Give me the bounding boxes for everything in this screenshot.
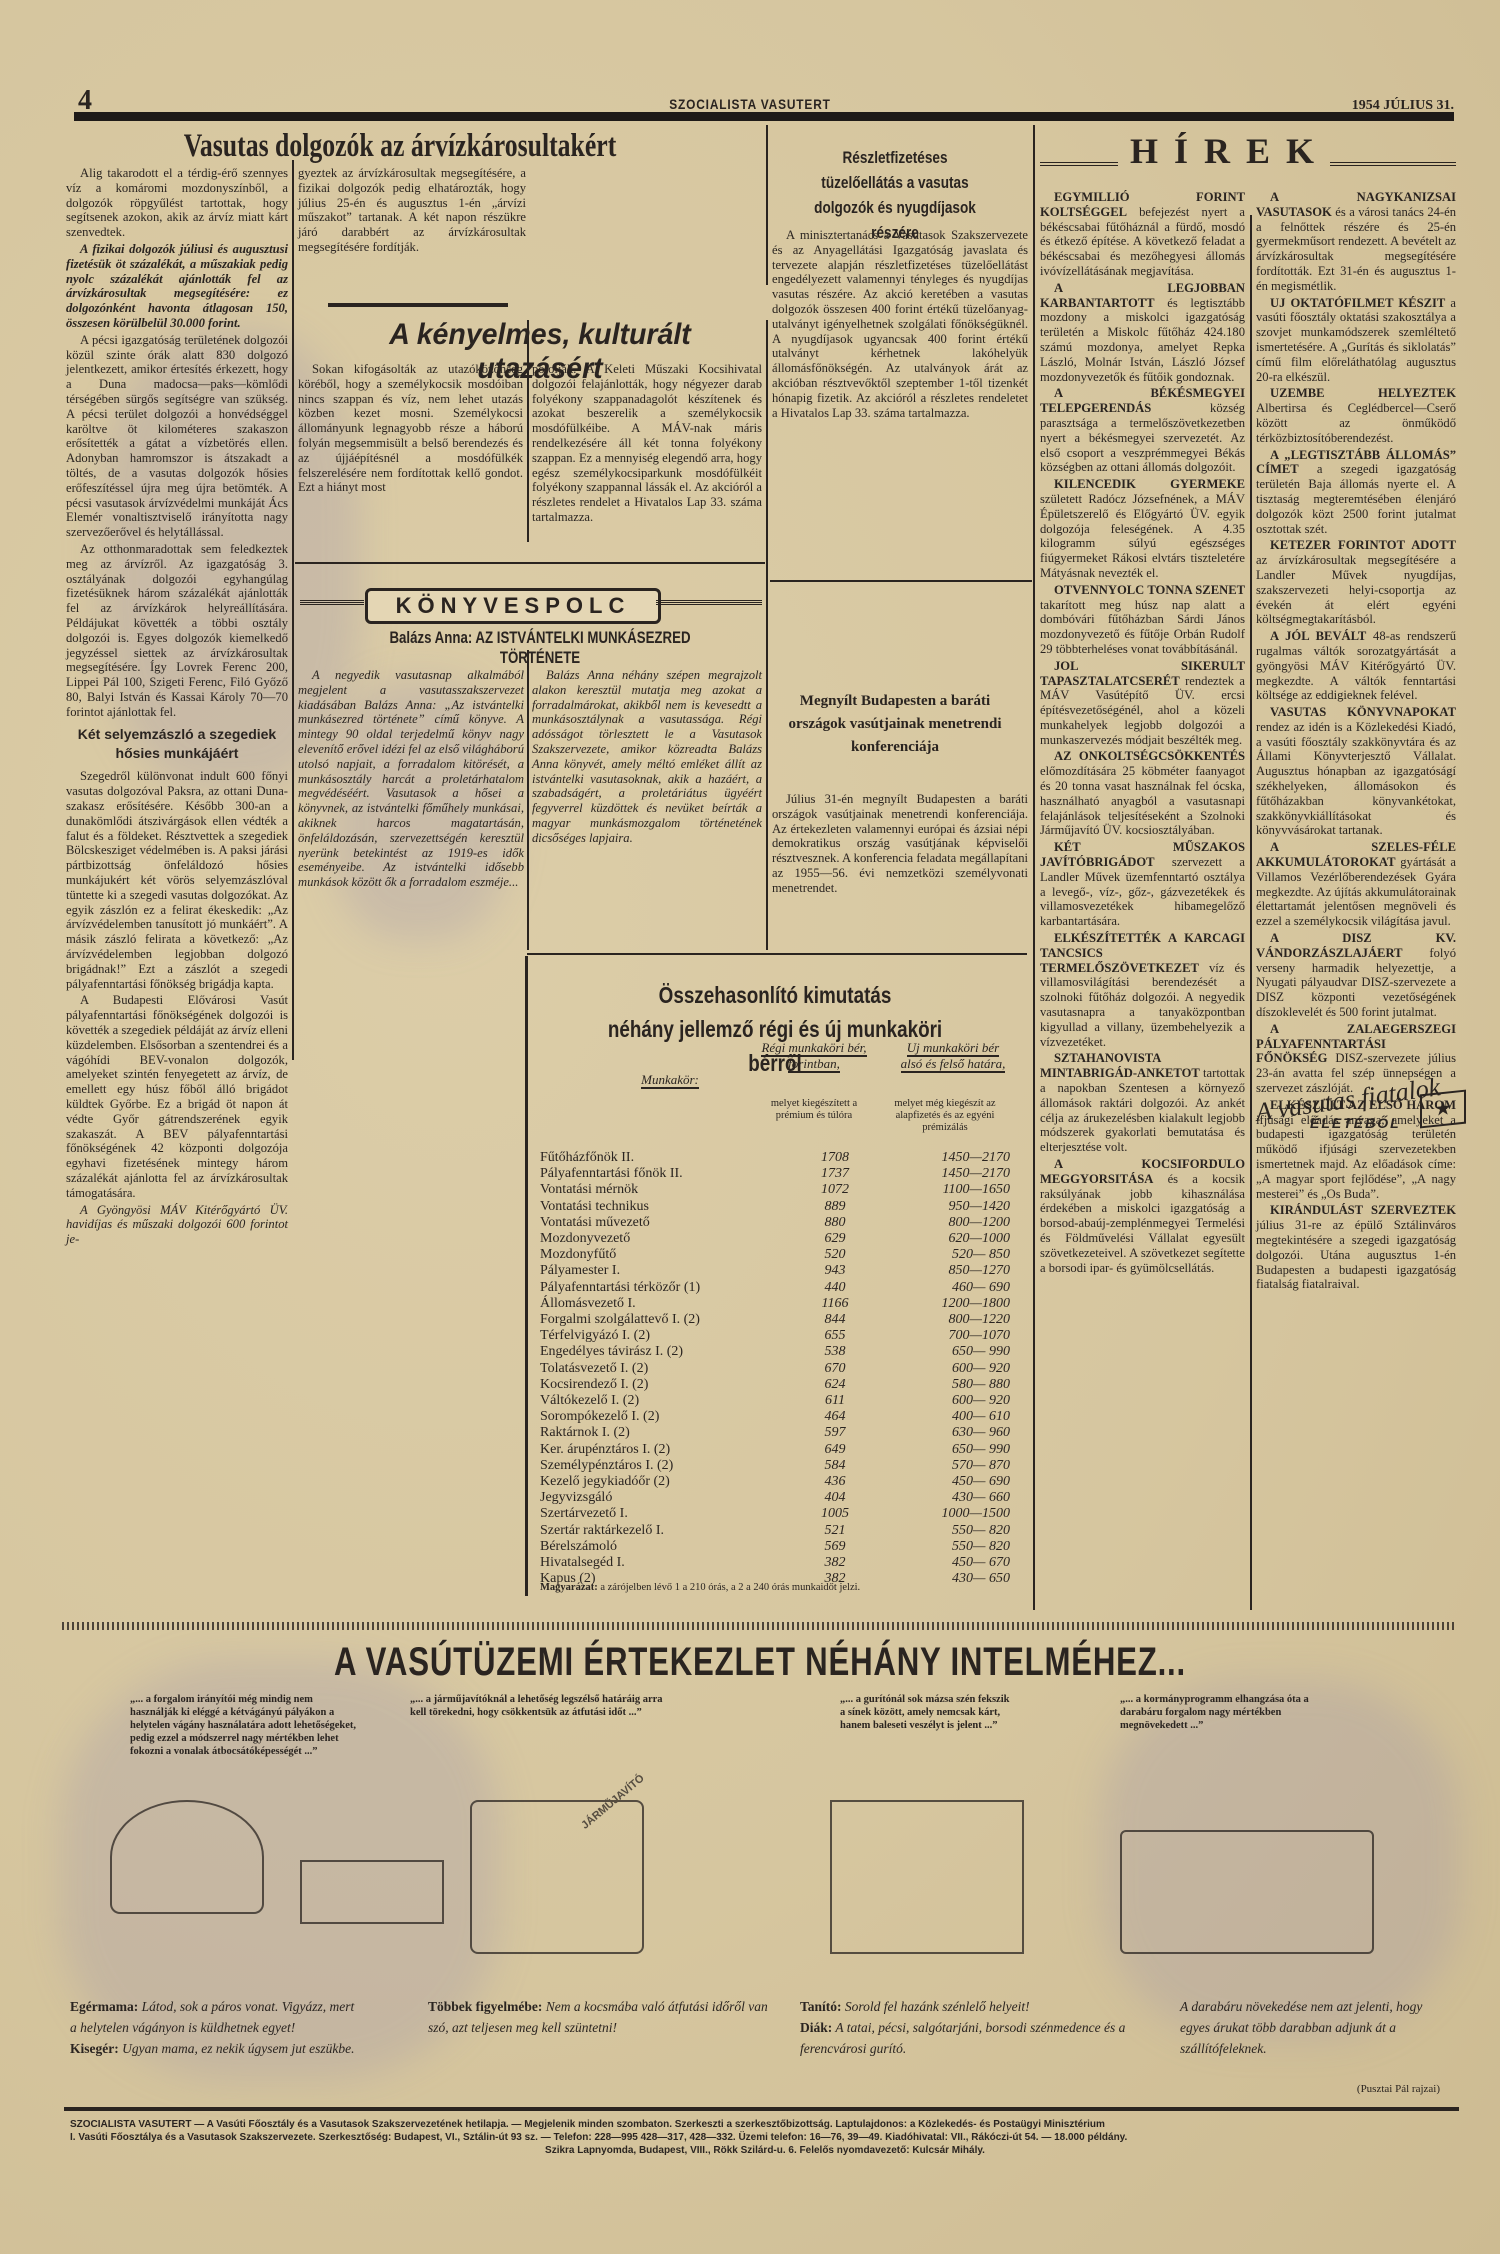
paragraph: A fizikai dolgozók júliusi és augusztusi… [66,242,288,331]
cell-job: Fűtőházfőnök II. [540,1150,634,1166]
section-rule [295,562,765,564]
paragraph: Július 31-én megnyílt Budapesten a barát… [772,792,1028,896]
cell-job: Jegyvizsgáló [540,1490,612,1506]
cell-new: 460— 690 [900,1280,1010,1296]
cartoon-caption-4: A darabáru növekedése nem azt jelenti, h… [1180,1996,1455,2059]
news-item-lead: SZTAHANOVISTA MINTABRIGÁD-ANKETOT [1040,1051,1200,1080]
cell-new: 1200—1800 [900,1296,1010,1312]
cell-old: 584 [790,1458,880,1474]
cell-job: Szertár raktárkezelő I. [540,1523,664,1539]
imprint-line: Szikra Lapnyomda, Budapest, VIII., Rökk … [70,2144,1460,2157]
cell-new: 800—1220 [900,1312,1010,1328]
news-item: A BÉKÉSMEGYEI TELEPGERENDÁS község paras… [1040,386,1245,475]
cell-new: 1100—1650 [900,1182,1010,1198]
cell-old: 655 [790,1328,880,1344]
news-item: A SZELES-FÉLE AKKUMULÁTOROKAT gyártását … [1256,840,1456,929]
paragraph: pótolják. A Keleti Műszaki Kocsihivatal … [532,362,762,525]
note-label: Magyarázat: [540,1582,598,1593]
soap-article-right: pótolják. A Keleti Műszaki Kocsihivatal … [532,362,762,527]
masthead-rule [74,112,1454,121]
cell-old: 520 [790,1247,880,1263]
headline-rule [328,303,508,307]
cell-old: 1166 [790,1296,880,1312]
paragraph: Alig takarodott el a térdig-érő szennyes… [66,166,288,240]
cell-old: 943 [790,1263,880,1279]
cell-new: 700—1070 [900,1328,1010,1344]
cartoon-quote-4: „... a kormányprogramm elhangzása óta a … [1120,1693,1340,1732]
hirek-decoration [1040,162,1118,166]
cell-new: 1000—1500 [900,1506,1010,1522]
cell-job: Engedélyes távirász I. (2) [540,1344,683,1360]
cell-new: 1450—2170 [900,1150,1010,1166]
cartoon-classroom-drawing [830,1800,1024,1954]
table-row: Pályafenntartási térközőr (1)440460— 690 [540,1280,1010,1296]
news-item-text: takarított meg húsz nap alatt a dombóvár… [1040,598,1245,656]
paragraph: Balázs Anna néhány szépen megrajzolt ala… [532,668,762,846]
cell-job: Kocsirendező I. (2) [540,1377,648,1393]
cell-job: Pályamester I. [540,1263,620,1279]
cartoon-freight-drawing [1120,1830,1374,1954]
flood-article-col2: gyeztek az árvízkárosultak megsegítésére… [298,166,526,257]
cell-old: 889 [790,1199,880,1215]
cell-job: Vontatási művezető [540,1215,650,1231]
cell-old: 1005 [790,1506,880,1522]
cell-new: 400— 610 [900,1409,1010,1425]
col-header-job: Munkakör: [600,1072,740,1088]
table-row: Fűtőházfőnök II.17081450—2170 [540,1150,1010,1166]
cell-job: Személypénztáros I. (2) [540,1458,673,1474]
news-item: UZEMBE HELYEZTEK Albertirsa és Ceglédber… [1256,386,1456,445]
column-divider [766,125,768,285]
table-row: Hivatalsegéd I.382450— 670 [540,1555,1010,1571]
cell-old: 464 [790,1409,880,1425]
news-item-lead: OTVENNYOLC TONNA SZENET [1054,583,1245,597]
news-item-lead: KILENCEDIK GYERMEKE [1054,477,1245,491]
cartoon-caption-3: Tanító: Sorold fel hazánk szénlelő helye… [800,1996,1160,2059]
news-item-text: július 31-re az épülő Sztálinváros megte… [1256,1218,1456,1291]
flood-subhead: Két selyemzászló a szegediek hősies munk… [66,725,288,763]
news-item: UJ OKTATÓFILMET KÉSZIT a vasúti főosztál… [1256,296,1456,385]
news-item-lead: AZ ONKOLTSÉGCSÖKKENTÉS [1054,749,1245,763]
cell-old: 611 [790,1393,880,1409]
speaker: Diák: [800,2020,832,2035]
cell-old: 440 [790,1280,880,1296]
cell-new: 650— 990 [900,1442,1010,1458]
book-review-left: A negyedik vasutasnap alkalmából megjele… [298,668,524,892]
cell-job: Vontatási technikus [540,1199,649,1215]
cell-job: Mozdonyvezető [540,1231,630,1247]
imprint: SZOCIALISTA VASUTERT — A Vasúti Főosztál… [70,2118,1460,2157]
cell-new: 580— 880 [900,1377,1010,1393]
table-row: Szertárvezető I.10051000—1500 [540,1506,1010,1522]
news-item: A DISZ KV. VÁNDORZÁSZLAJÁERT folyó verse… [1256,931,1456,1020]
cartoon-caption-1: Egérmama: Látod, sok a páros vonat. Vigy… [70,1996,360,2059]
section-rule [770,580,1032,582]
cell-job: Térfelvigyázó I. (2) [540,1328,650,1344]
table-row: Forgalmi szolgálattevő I. (2)844800—1220 [540,1312,1010,1328]
cell-new: 850—1270 [900,1263,1010,1279]
cell-new: 650— 990 [900,1344,1010,1360]
wage-table-note: Magyarázat: a zárójelben lévő 1 a 210 ór… [540,1582,1010,1594]
column-divider [527,650,529,950]
cartoon-mice-drawing [110,1800,264,1914]
cell-old: 1072 [790,1182,880,1198]
col-header-new-text: Uj munkaköri bér alsó és felső határa, [901,1040,1006,1073]
table-row: Raktárnok I. (2)597630— 960 [540,1425,1010,1441]
paragraph: Sokan kifogásolták az utazóközönség köré… [298,362,523,495]
cell-new: 620—1000 [900,1231,1010,1247]
cell-old: 1737 [790,1166,880,1182]
news-item-lead: KETEZER FORINTOT ADOTT [1270,538,1456,552]
imprint-line: I. Vasúti Főosztálya és a Vasutasok Szak… [70,2131,1460,2144]
news-item-text: Albertirsa és Ceglédbercel—Cserő között … [1256,401,1456,445]
speaker: Tanító: [800,1999,842,2014]
table-row: Bérelszámoló569550— 820 [540,1539,1010,1555]
cell-old: 404 [790,1490,880,1506]
table-row: Jegyvizsgáló404430— 660 [540,1490,1010,1506]
cell-new: 450— 690 [900,1474,1010,1490]
wage-table-title-line1: Összehasonlító kimutatás [582,978,967,1012]
cell-old: 569 [790,1539,880,1555]
news-item: A KOCSIFORDULO MEGGYORSITÁSA és a kocsik… [1040,1157,1245,1275]
news-item: A NAGYKANIZSAI VASUTASOK és a városi tan… [1256,190,1456,294]
table-row: Kocsirendező I. (2)624580— 880 [540,1377,1010,1393]
news-item: AZ ONKOLTSÉGCSÖKKENTÉS előmozdítására 25… [1040,749,1245,838]
caption-text: Ugyan mama, ez nekik úgysem jut eszükbe. [122,2041,354,2056]
news-item-lead: A JÓL BEVÁLT [1270,629,1366,643]
book-review-headline: Balázs Anna: AZ ISTVÁNTELKI MUNKÁSEZRED … [368,628,711,668]
column-divider [1033,125,1035,1610]
cell-new: 430— 660 [900,1490,1010,1506]
cell-job: Bérelszámoló [540,1539,617,1555]
cell-job: Pályafenntartási térközőr (1) [540,1280,700,1296]
conference-body: Július 31-én megnyílt Budapesten a barát… [772,792,1028,898]
news-item: EGYMILLIÓ FORINT KOLTSÉGGEL befejezést n… [1040,190,1245,279]
cartoon-workshop-drawing: JÁRMŰJAVÍTÓ [470,1800,644,1954]
cell-new: 600— 920 [900,1361,1010,1377]
table-row: Személypénztáros I. (2)584570— 870 [540,1458,1010,1474]
speaker: Egérmama: [70,1999,138,2014]
news-item: ELKÉSZÍTETTÉK A KARCAGI TANCSICS TERMELŐ… [1040,931,1245,1049]
table-row: Pályamester I.943850—1270 [540,1263,1010,1279]
table-row: Ker. árupénztáros I. (2)649650— 990 [540,1442,1010,1458]
cell-new: 550— 820 [900,1523,1010,1539]
cell-old: 880 [790,1215,880,1231]
workshop-sign: JÁRMŰJAVÍTÓ [579,1772,646,1831]
conference-headline: Megnyílt Budapesten a baráti országok va… [775,690,1015,759]
paragraph: A Budapesti Elővárosi Vasút pályafenntar… [66,993,288,1200]
table-row: Mozdonyfűtő520520— 850 [540,1247,1010,1263]
cell-old: 521 [790,1523,880,1539]
news-item: VASUTAS KÖNYVNAPOKAT rendez az idén is a… [1256,705,1456,838]
note-text: a zárójelben lévő 1 a 210 órás, a 2 a 24… [600,1582,860,1593]
table-row: Engedélyes távirász I. (2)538650— 990 [540,1344,1010,1360]
news-item: KILENCEDIK GYERMEKE született Radócz Józ… [1040,477,1245,581]
col-header-job-text: Munkakör: [641,1072,699,1089]
table-row: Kezelő jegykiadóőr (2)436450— 690 [540,1474,1010,1490]
table-row: Vontatási mérnök10721100—1650 [540,1182,1010,1198]
caption-text: A tatai, pécsi, salgótarjáni, borsodi sz… [800,2020,1125,2056]
news-item: A LEGJOBBAN KARBANTARTOTT és legtisztább… [1040,281,1245,385]
paragraph: A negyedik vasutasnap alkalmából megjele… [298,668,524,890]
news-item: KETEZER FORINTOT ADOTT az árvízkárosulta… [1256,538,1456,627]
table-row: Szertár raktárkezelő I.521550— 820 [540,1523,1010,1539]
shelf-decoration [656,600,762,606]
caption-text: Sorold fel hazánk szénlelő helyeit! [845,1999,1030,2014]
paragraph: A minisztertanács a Vasutasok Szakszerve… [772,228,1028,420]
caption-text: A darabáru növekedése nem azt jelenti, h… [1180,1999,1422,2056]
news-item: OTVENNYOLC TONNA SZENET takarított meg h… [1040,583,1245,657]
col-header-new: Uj munkaköri bér alsó és felső határa, [898,1040,1008,1072]
paper-title: SZOCIALISTA VASUTERT [113,96,1388,112]
news-item-lead: UJ OKTATÓFILMET KÉSZIT [1270,296,1445,310]
news-item-lead: VASUTAS KÖNYVNAPOKAT [1270,705,1456,719]
star-flag-icon: ★ [1420,1090,1466,1129]
hirek-decoration [1330,162,1456,166]
cell-job: Állomásvezető I. [540,1296,636,1312]
column-divider [292,160,294,1060]
news-item-text: született Radócz Józsefnének, a MÁV Épül… [1040,492,1245,580]
youth-logo-caption: ÉLETÉBŐL [1310,1115,1401,1131]
paragraph: A pécsi igazgatóság területének dolgozói… [66,333,288,540]
cell-job: Mozdonyfűtő [540,1247,616,1263]
zigzag-border [62,1622,1457,1630]
cartoon-caption-2: Többek figyelmébe: Nem a kocsmába való á… [428,1996,768,2038]
cell-old: 629 [790,1231,880,1247]
column-divider [1250,215,1252,1610]
cell-job: Ker. árupénztáros I. (2) [540,1442,670,1458]
news-item: SZTAHANOVISTA MINTABRIGÁD-ANKETOT tartot… [1040,1051,1245,1155]
cell-new: 550— 820 [900,1539,1010,1555]
cell-job: Vontatási mérnök [540,1182,638,1198]
column-divider [766,320,768,950]
cell-job: Forgalmi szolgálattevő I. (2) [540,1312,700,1328]
news-item-lead: A DISZ KV. VÁNDORZÁSZLAJÁERT [1256,931,1456,960]
cell-new: 600— 920 [900,1393,1010,1409]
news-item: KIRÁNDULÁST SZERVEZTEK július 31-re az é… [1256,1203,1456,1292]
cell-job: Váltókezelő I. (2) [540,1393,639,1409]
news-item-text: és a kocsik raksúlyának jobb kihasználás… [1040,1172,1245,1275]
table-row: Állomásvezető I.11661200—1800 [540,1296,1010,1312]
col-note-new: melyet még kiegészít az alapfizetés és a… [880,1098,1010,1134]
news-item-text: rendez az idén is a Közlekedési Kiadó, a… [1256,720,1456,838]
cell-old: 436 [790,1474,880,1490]
speaker: Kisegér: [70,2041,119,2056]
cell-old: 538 [790,1344,880,1360]
cell-new: 450— 670 [900,1555,1010,1571]
paragraph: Szegedről különvonat indult 600 főnyi va… [66,769,288,991]
cell-new: 1450—2170 [900,1166,1010,1182]
col-header-old: Régi munkaköri bér, forintban, [758,1040,870,1072]
table-row: Vontatási technikus889950—1420 [540,1199,1010,1215]
flood-article-headline: Vasutas dolgozók az árvízkárosultakért [158,128,642,165]
table-row: Mozdonyvezető629620—1000 [540,1231,1010,1247]
paragraph: Az otthonmaradottak sem feledkeztek meg … [66,542,288,720]
cell-job: Sorompókezelő I. (2) [540,1409,659,1425]
cell-old: 670 [790,1361,880,1377]
table-row: Pályafenntartási főnök II.17371450—2170 [540,1166,1010,1182]
cell-job: Tolatásvezető I. (2) [540,1361,648,1377]
table-row: Váltókezelő I. (2)611600— 920 [540,1393,1010,1409]
news-item: JOL SIKERULT TAPASZTALATCSERÉT rendeztek… [1040,659,1245,748]
footer-rule [64,2107,1459,2111]
section-rule [527,953,1027,955]
news-item-text: az árvízkárosultak megsegítésére a Landl… [1256,553,1456,626]
cell-old: 597 [790,1425,880,1441]
imprint-line: SZOCIALISTA VASUTERT — A Vasúti Főosztál… [70,2118,1460,2131]
speaker: Többek figyelmébe: [428,1999,542,2014]
news-item: A „LEGTISZTÁBB ÁLLOMÁS” CÍMET a szegedi … [1256,448,1456,537]
paragraph: gyeztek az árvízkárosultak megsegítésére… [298,166,526,255]
col-note-old: melyet kiegészített a prémium és túlóra [758,1098,870,1122]
cell-job: Hivatalsegéd I. [540,1555,625,1571]
cell-new: 570— 870 [900,1458,1010,1474]
book-review-right: Balázs Anna néhány szépen megrajzolt ala… [532,668,762,848]
cell-new: 800—1200 [900,1215,1010,1231]
cell-old: 1708 [790,1150,880,1166]
cartoon-credit: (Pusztai Pál rajzai) [1357,2083,1440,2095]
cell-job: Kezelő jegykiadóőr (2) [540,1474,670,1490]
cell-new: 630— 960 [900,1425,1010,1441]
cell-new: 520— 850 [900,1247,1010,1263]
news-item-lead: UZEMBE HELYEZTEK [1270,386,1456,400]
news-item-text: előmozdítására 25 köbméter faanyagot és … [1040,764,1245,837]
table-row: Tolatásvezető I. (2)670600— 920 [540,1361,1010,1377]
news-item: A JÓL BEVÁLT 48-as rendszerű rugalmas vá… [1256,629,1456,703]
soap-article-left: Sokan kifogásolták az utazóközönség köré… [298,362,523,497]
flood-article-col1: Alig takarodott el a térdig-érő szennyes… [66,166,288,1249]
cartoon-train-drawing [300,1860,444,1924]
table-row: Sorompókezelő I. (2)464400— 610 [540,1409,1010,1425]
bookshelf-section-label: KÖNYVESPOLC [365,588,661,624]
cell-job: Raktárnok I. (2) [540,1425,630,1441]
cell-old: 624 [790,1377,880,1393]
cell-old: 649 [790,1442,880,1458]
shelf-decoration [300,600,364,606]
news-item-lead: KIRÁNDULÁST SZERVEZTEK [1270,1203,1456,1217]
cartoon-headline: A VASÚTÜZEMI ÉRTEKEZLET NÉHÁNY INTELMÉHE… [214,1640,1306,1685]
table-row: Vontatási művezető880800—1200 [540,1215,1010,1231]
newspaper-page: 4 SZOCIALISTA VASUTERT 1954 JÚLIUS 31. V… [0,0,1500,2254]
cell-old: 382 [790,1555,880,1571]
news-item: KÉT MŰSZAKOS JAVÍTÓBRIGÁDOT szervezett a… [1040,840,1245,929]
cell-old: 844 [790,1312,880,1328]
col-header-old-text: Régi munkaköri bér, forintban, [761,1040,866,1073]
cartoon-quote-1: „... a forgalom irányítói még mindig nem… [130,1693,362,1758]
news-section-title: HÍREK [1120,130,1340,172]
cell-new: 950—1420 [900,1199,1010,1215]
cell-job: Szertárvezető I. [540,1506,628,1522]
paragraph: A Gyöngyösi MÁV Kitérőgyártó ÜV. havidíj… [66,1203,288,1247]
table-row: Térfelvigyázó I. (2)655700—1070 [540,1328,1010,1344]
news-column-1: EGYMILLIÓ FORINT KOLTSÉGGEL befejezést n… [1040,190,1245,1277]
fuel-notice-body: A minisztertanács a Vasutasok Szakszerve… [772,228,1028,422]
cartoon-quote-3: „... a gurítónál sok mázsa szén fekszik … [840,1693,1010,1732]
cell-job: Pályafenntartási főnök II. [540,1166,683,1182]
cartoon-quote-2: „... a járműjavítóknál a lehetőség legsz… [410,1693,670,1719]
